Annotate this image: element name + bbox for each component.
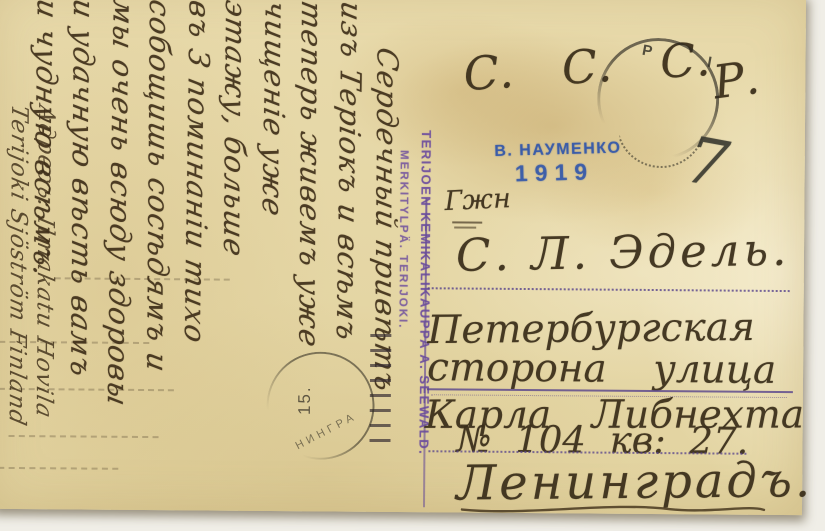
shop-imprint-location: MERKITYLPÄ. TERIJOKI. — [392, 150, 410, 396]
salutation: Гжн — [444, 183, 512, 217]
salutation-underline — [452, 221, 482, 223]
arrival-stamp: В. НАУМЕНКО 1919 — [494, 140, 622, 188]
postcard-back: Сердечный привѣтъ изъ Теріокъ и всѣмъ те… — [0, 0, 814, 517]
sender-address-handwriting: Адресъ: Ilmakatu Hovila Terijoki Sjöströ… — [2, 105, 59, 525]
message-line: въ З поминаніи тихо — [173, 0, 219, 519]
addressee-name: С. Л. Эдель. — [456, 223, 791, 282]
address-line-street-word: сторона улица — [427, 345, 776, 393]
sender-line: Terijoki Sjöström Finland — [2, 102, 32, 528]
sender-line: Адресъ: Ilmakatu Hovila — [29, 102, 59, 528]
arrival-stamp-year: 1919 — [515, 158, 623, 188]
address-ruled-line — [428, 287, 790, 292]
postmark-date: 15. — [295, 385, 315, 415]
message-line: этажу, больше — [213, 0, 255, 519]
message-line: и удачную вѣсть вамъ — [61, 0, 103, 518]
postcard-scan: Сердечный привѣтъ изъ Теріокъ и всѣмъ те… — [0, 0, 806, 515]
city-underline-flourish — [458, 498, 770, 518]
arrival-stamp-name: В. НАУМЕНКО — [494, 140, 622, 161]
message-line: собощишь сосѣдямъ и — [137, 0, 179, 519]
message-line: мы очень всюду здоровы — [97, 0, 143, 518]
